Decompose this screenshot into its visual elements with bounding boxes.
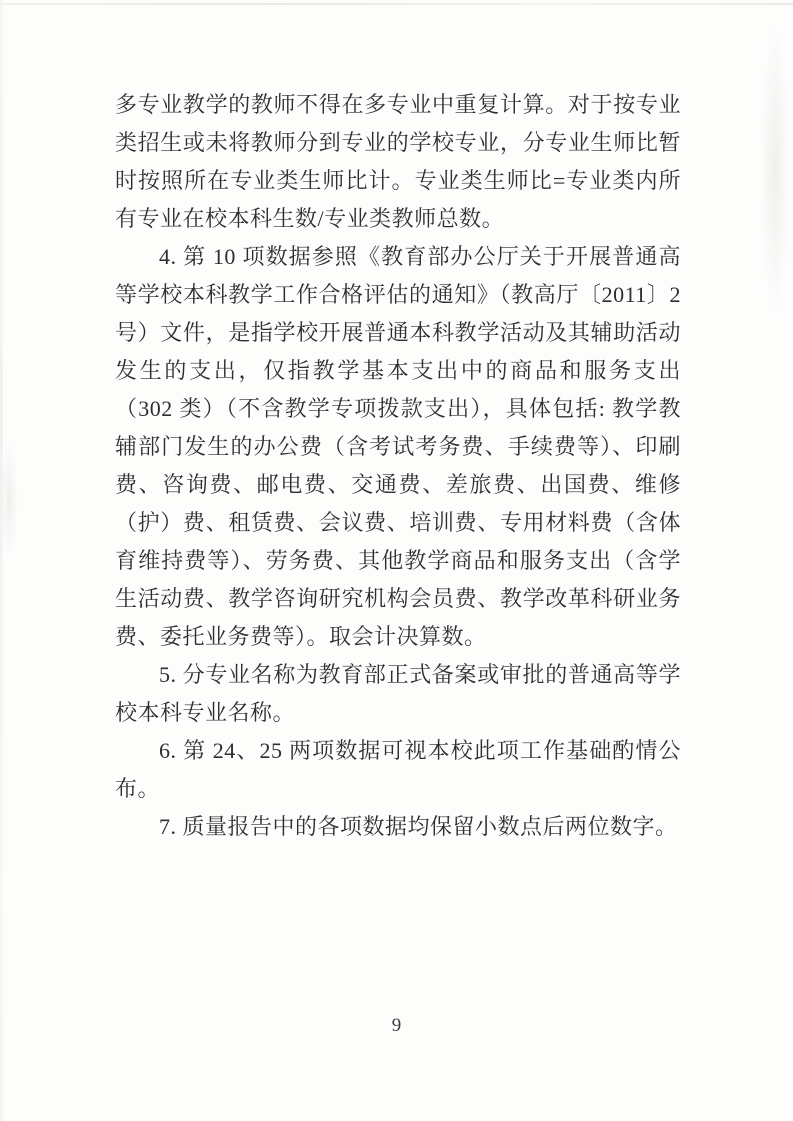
paragraph-item-4-expenditure: 4. 第 10 项数据参照《教育部办公厅关于开展普通高等学校本科教学工作合格评估…: [115, 238, 681, 656]
paragraph-item-6-data-publication: 6. 第 24、25 两项数据可视本校此项工作基础酌情公布。: [115, 732, 681, 808]
paragraph-teacher-ratio-continuation: 多专业教学的教师不得在多专业中重复计算。对于按专业类招生或未将教师分到专业的学校…: [115, 86, 681, 238]
scan-artifact-left-edge: [0, 0, 3, 1121]
paragraph-item-5-major-names: 5. 分专业名称为教育部正式备案或审批的普通高等学校本科专业名称。: [115, 656, 681, 732]
paragraph-item-7-decimal-places: 7. 质量报告中的各项数据均保留小数点后两位数字。: [115, 808, 681, 846]
scan-artifact-top-edge: [0, 3, 793, 5]
document-page: 多专业教学的教师不得在多专业中重复计算。对于按专业类招生或未将教师分到专业的学校…: [0, 0, 793, 1121]
document-body-text: 多专业教学的教师不得在多专业中重复计算。对于按专业类招生或未将教师分到专业的学校…: [115, 86, 681, 846]
scan-artifact-smudge: [760, 20, 790, 320]
page-number: 9: [0, 1013, 793, 1039]
